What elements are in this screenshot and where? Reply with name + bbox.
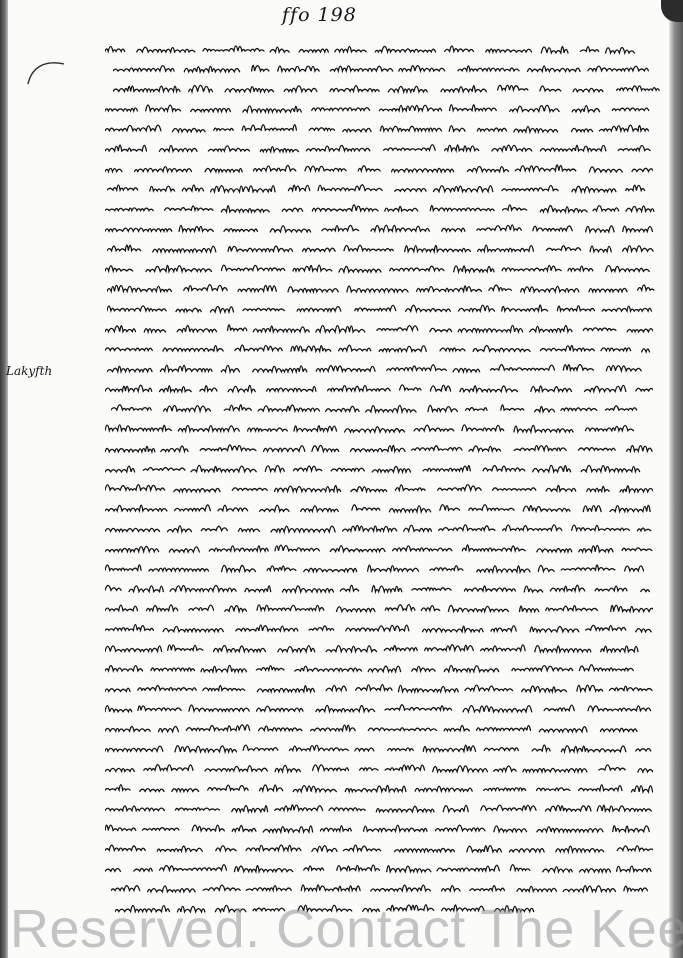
margin-annotation: Lakyfth (6, 364, 52, 378)
manuscript-line (105, 437, 653, 457)
manuscript-page: ffo 198 Lakyfth Reserved. Contact The Ke… (0, 0, 683, 958)
manuscript-line (105, 337, 653, 357)
manuscript-line (113, 77, 661, 97)
manuscript-line (105, 797, 653, 817)
manuscript-line (105, 837, 653, 857)
folio-number: ffo 198 (282, 4, 357, 26)
manuscript-line (105, 697, 653, 717)
copyright-watermark: Reserved. Contact The Keep (10, 898, 683, 958)
manuscript-line (105, 257, 653, 277)
manuscript-line (105, 497, 653, 517)
manuscript-line (107, 357, 655, 377)
manuscript-line (105, 117, 653, 137)
manuscript-line (105, 317, 653, 337)
manuscript-line (105, 157, 653, 177)
manuscript-line (105, 597, 653, 617)
manuscript-line (105, 38, 635, 58)
manuscript-line (105, 817, 653, 837)
manuscript-body (105, 38, 661, 918)
manuscript-line (111, 877, 651, 897)
manuscript-line (107, 277, 655, 297)
manuscript-line (105, 137, 653, 157)
manuscript-line (105, 477, 653, 497)
manuscript-line (105, 757, 653, 777)
manuscript-line (105, 97, 661, 117)
manuscript-line (105, 737, 653, 757)
manuscript-line (107, 297, 655, 317)
manuscript-line (105, 217, 653, 237)
manuscript-line (105, 637, 653, 657)
manuscript-line (105, 377, 653, 397)
manuscript-line (105, 557, 653, 577)
manuscript-line (105, 417, 653, 437)
page-edge-right (669, 0, 683, 958)
manuscript-line (105, 517, 653, 537)
manuscript-line (105, 857, 653, 877)
manuscript-line (105, 457, 653, 477)
manuscript-line (111, 397, 659, 417)
margin-flourish-icon (26, 56, 66, 86)
manuscript-line (105, 537, 653, 557)
manuscript-line (105, 717, 653, 737)
manuscript-line (105, 577, 653, 597)
manuscript-line (107, 237, 655, 257)
manuscript-line (105, 677, 653, 697)
manuscript-line (105, 657, 653, 677)
manuscript-line (107, 177, 655, 197)
manuscript-line (105, 197, 657, 217)
binding-shadow-left (0, 0, 8, 958)
manuscript-line (105, 617, 653, 637)
manuscript-line (105, 777, 653, 797)
manuscript-line (113, 57, 653, 77)
torn-corner (661, 0, 683, 22)
